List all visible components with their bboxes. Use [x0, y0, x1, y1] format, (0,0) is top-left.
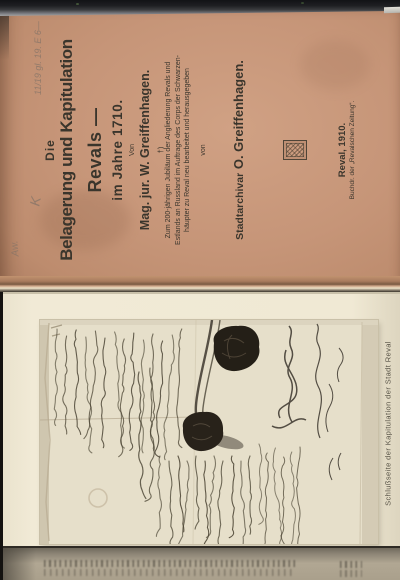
pencil-mark: 11/19 gl. 19. E 6—: [33, 3, 43, 113]
cover-title: Belagerung und Kapitulation: [57, 25, 77, 275]
blurred-show-through-text: [44, 569, 296, 576]
band-shadow: [0, 548, 36, 580]
plate-page: [0, 292, 400, 548]
ornament-line: [283, 25, 307, 275]
photo-right-margin: [362, 320, 378, 544]
cover-bottom-edge: [0, 276, 400, 292]
dust-speck: [301, 2, 304, 4]
cover-subtitle: im Jahre 1710.: [110, 25, 125, 275]
dust-speck: [76, 3, 79, 5]
show-through-band: [0, 546, 400, 580]
cover-footnote-mark: †): [156, 25, 165, 275]
page-edge-sliver: [384, 7, 400, 14]
pencil-mark: K: [26, 185, 45, 207]
cover-editor-label: von: [200, 25, 207, 275]
cover-by-label: Von: [129, 25, 136, 275]
document-photo: [40, 320, 378, 544]
photo-left-margin: [40, 320, 49, 544]
printer-mark-icon: [283, 140, 307, 160]
cover-title-block: Die Belagerung und Kapitulation Revals —…: [35, 25, 375, 275]
page-gutter-shadow: [0, 292, 3, 580]
imprint-printer: Buchdr. der „Revalschen Zeitung“.: [349, 25, 356, 275]
editor-title: Stadtarchivar: [234, 173, 246, 240]
document-handwriting: [40, 320, 378, 544]
wax-seal-upper: [214, 326, 260, 371]
cover-corner-shadow: [0, 14, 9, 60]
wax-seal-lower: [183, 412, 223, 451]
blurred-show-through-text: [340, 561, 362, 568]
photo-top-margin: [40, 320, 378, 325]
cover-author: Mag. jur. W. Greiffenhagen.: [138, 25, 152, 275]
cover-editor: Stadtarchivar O. Greiffenhagen.: [231, 25, 246, 275]
blurred-show-through-text: [44, 560, 296, 567]
cover-series-word: Die: [43, 25, 57, 275]
editor-name: O. Greiffenhagen.: [231, 60, 246, 169]
blurred-show-through-text: [340, 570, 362, 577]
cover-note-line: Zum 200-jährigen Jubiläum der Angliederu…: [165, 25, 172, 275]
cover-title-object: Revals —: [85, 25, 106, 275]
book-photograph: Die Belagerung und Kapitulation Revals —…: [0, 0, 400, 580]
book-cover: Die Belagerung und Kapitulation Revals —…: [0, 10, 400, 292]
cover-note-line: Estlands an Russland im Auftrage des Cor…: [175, 25, 182, 275]
plate-caption: Schlußseite der Kapitulation der Stadt R…: [384, 334, 397, 514]
pencil-mark: Aw.: [8, 230, 21, 257]
imprint-place-year: Reval, 1910.: [337, 25, 348, 275]
cover-note-line: häupter zu Reval neu bearbeitet und hera…: [184, 25, 191, 275]
